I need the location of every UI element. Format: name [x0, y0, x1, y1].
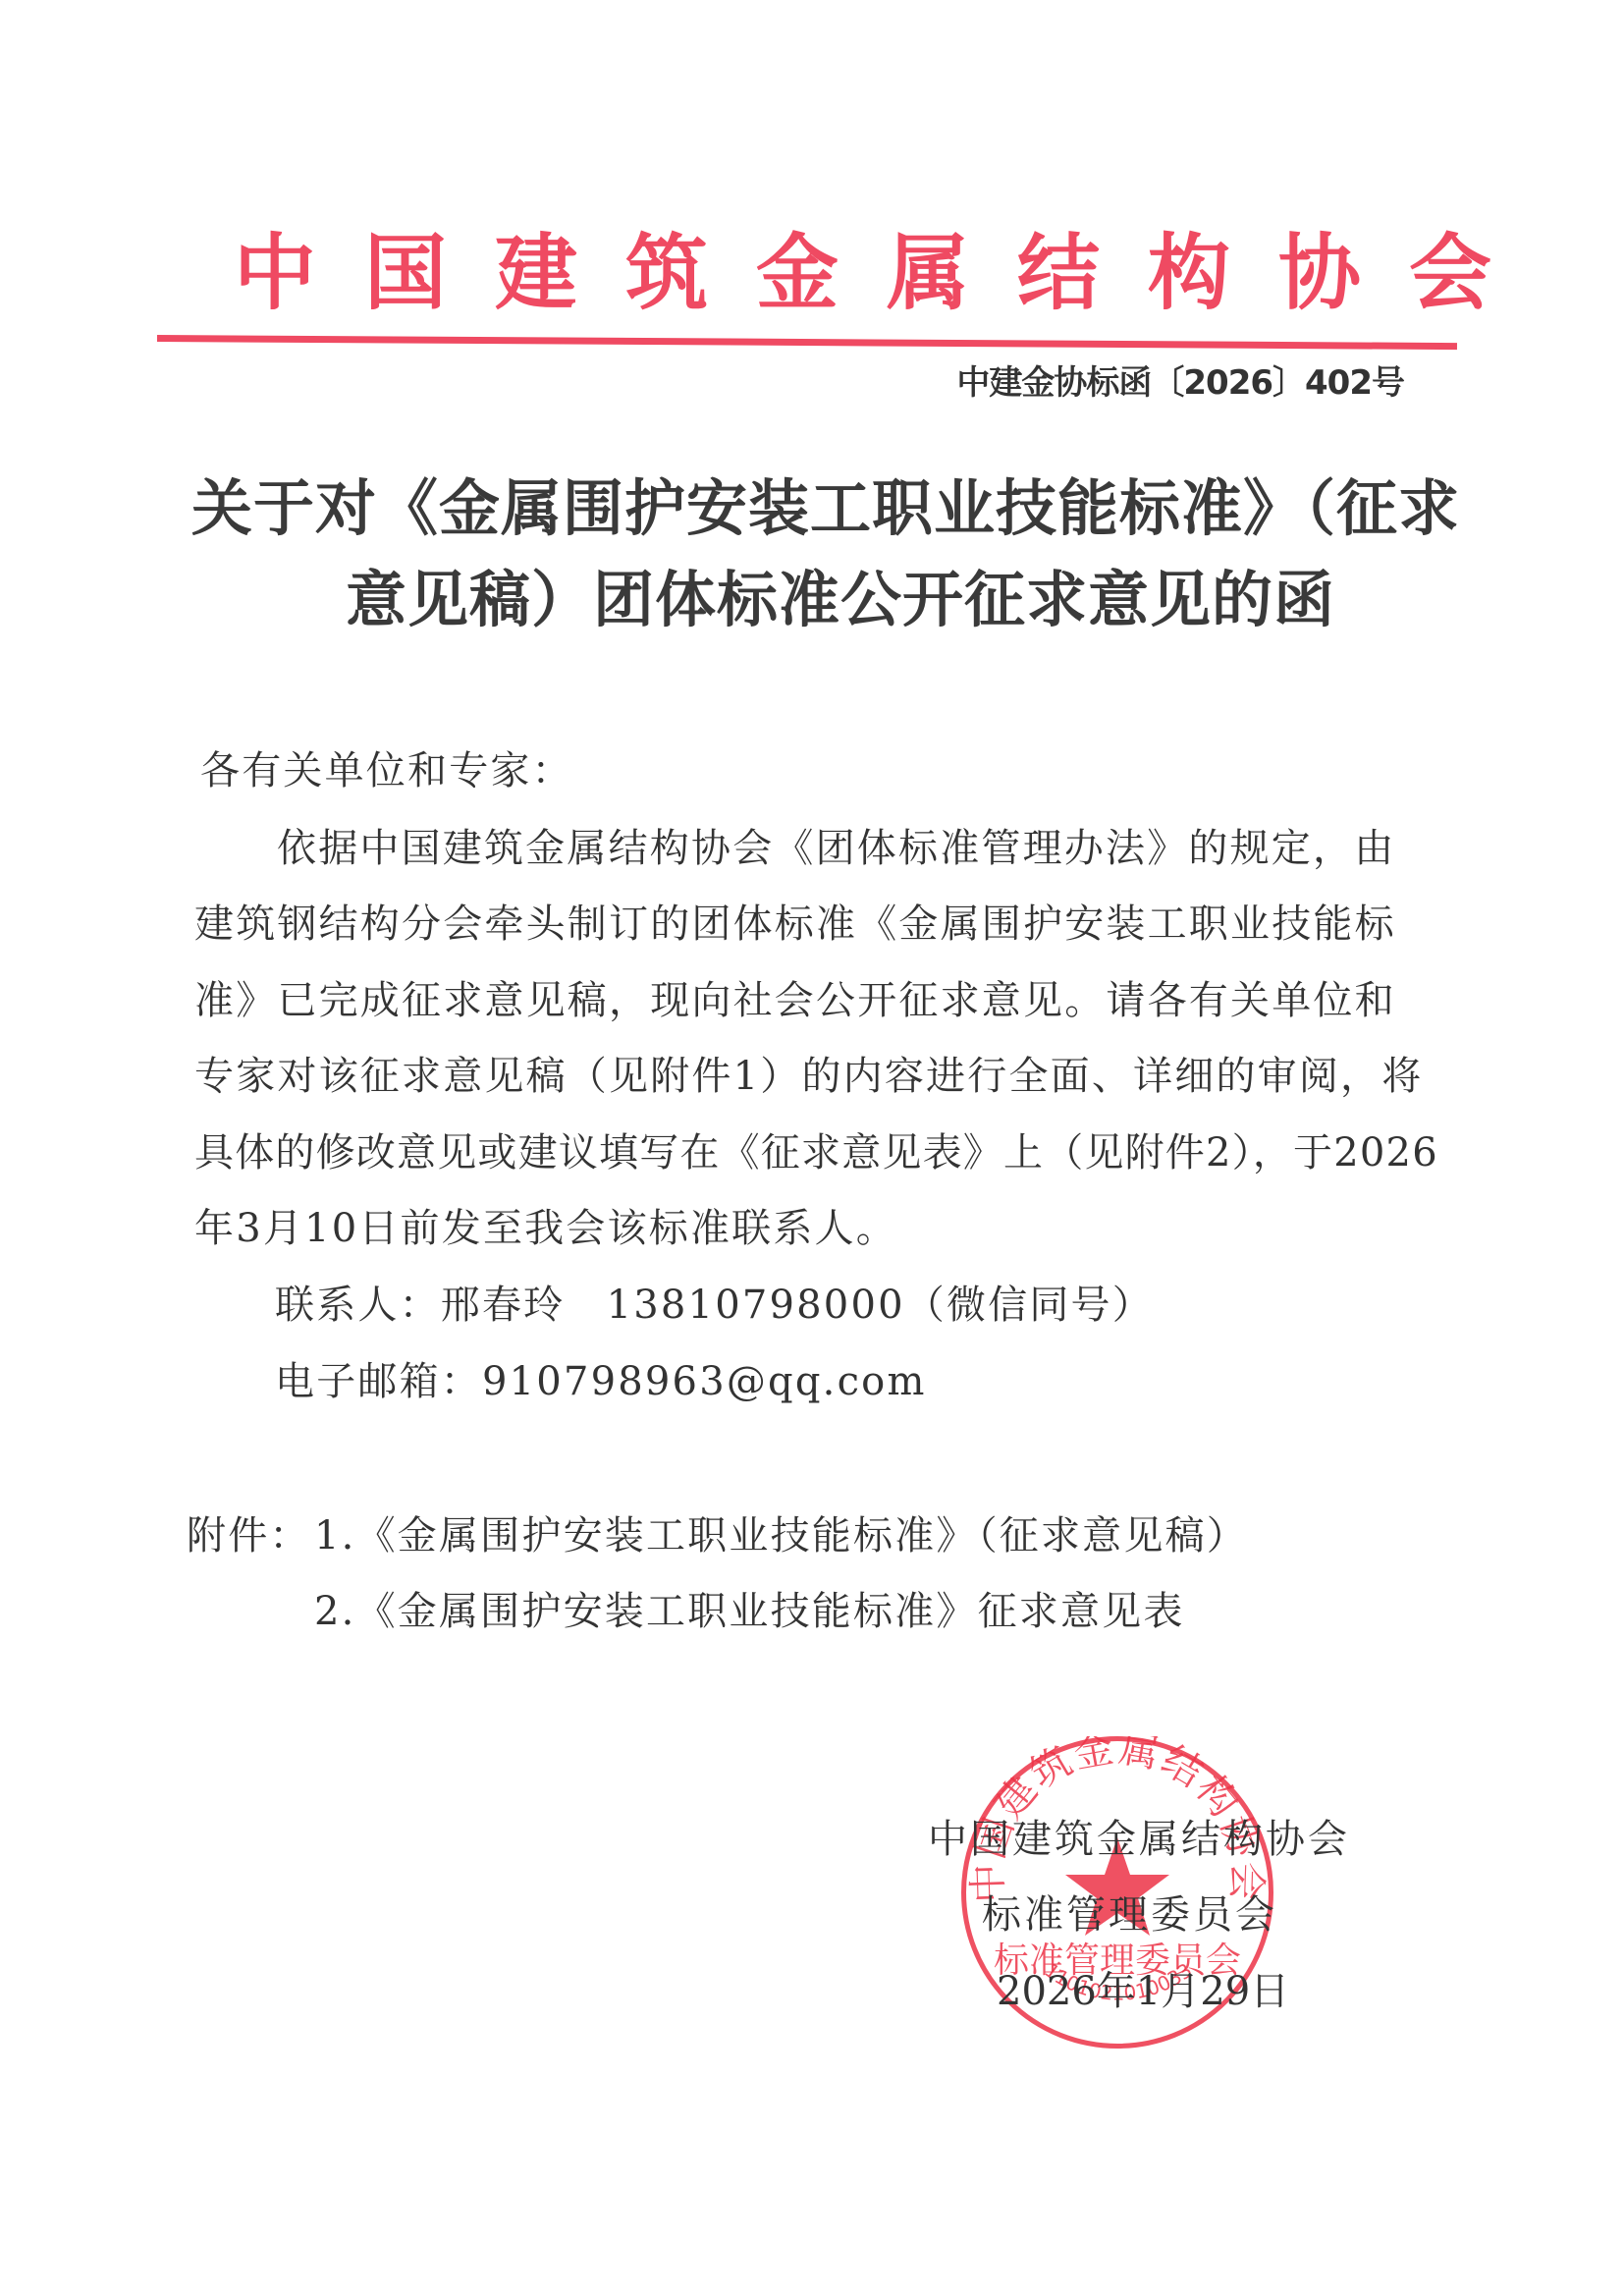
signature-organization: 中国建筑金属结构协会	[928, 1815, 1350, 1864]
letterhead-red-rule	[157, 335, 1457, 350]
contact-person-line: 联系人：邢春玲 13810798000（微信同号）	[275, 1278, 1154, 1333]
attachment-item-2: 2.《金属围护安装工职业技能标准》征求意见表	[314, 1584, 1185, 1639]
document-number: 中建金协标函〔2026〕402号	[956, 361, 1404, 405]
document-title-line-2: 意见稿）团体标准公开征求意见的函	[346, 561, 1612, 639]
document-title-line-1: 关于对《金属围护安装工职业技能标准》（征求	[191, 469, 1458, 548]
contact-email-line: 电子邮箱：910798963@qq.com	[275, 1354, 927, 1409]
body-line: 准》已完成征求意见稿，现向社会公开征求意见。请各有关单位和	[194, 973, 1396, 1028]
letterhead-organization-name: 中国建筑金属结构协会	[234, 224, 1412, 322]
body-line: 专家对该征求意见稿（见附件1）的内容进行全面、详细的审阅，将	[194, 1049, 1423, 1104]
body-line: 具体的修改意见或建议填写在《征求意见表》上（见附件2），于2026	[194, 1125, 1438, 1180]
signature-committee: 标准管理委员会	[982, 1890, 1277, 1940]
body-line: 依据中国建筑金属结构协会《团体标准管理办法》的规定，由	[277, 821, 1395, 876]
attachments-label: 附件：	[187, 1508, 311, 1563]
salutation: 各有关单位和专家：	[200, 743, 573, 798]
attachment-item-1: 1.《金属围护安装工职业技能标准》（征求意见稿）	[314, 1508, 1248, 1563]
body-line: 年3月10日前发至我会该标准联系人。	[194, 1201, 897, 1256]
signature-date: 2026年1月29日	[997, 1967, 1289, 2016]
body-line: 建筑钢结构分会牵头制订的团体标准《金属围护安装工职业技能标	[194, 897, 1396, 952]
